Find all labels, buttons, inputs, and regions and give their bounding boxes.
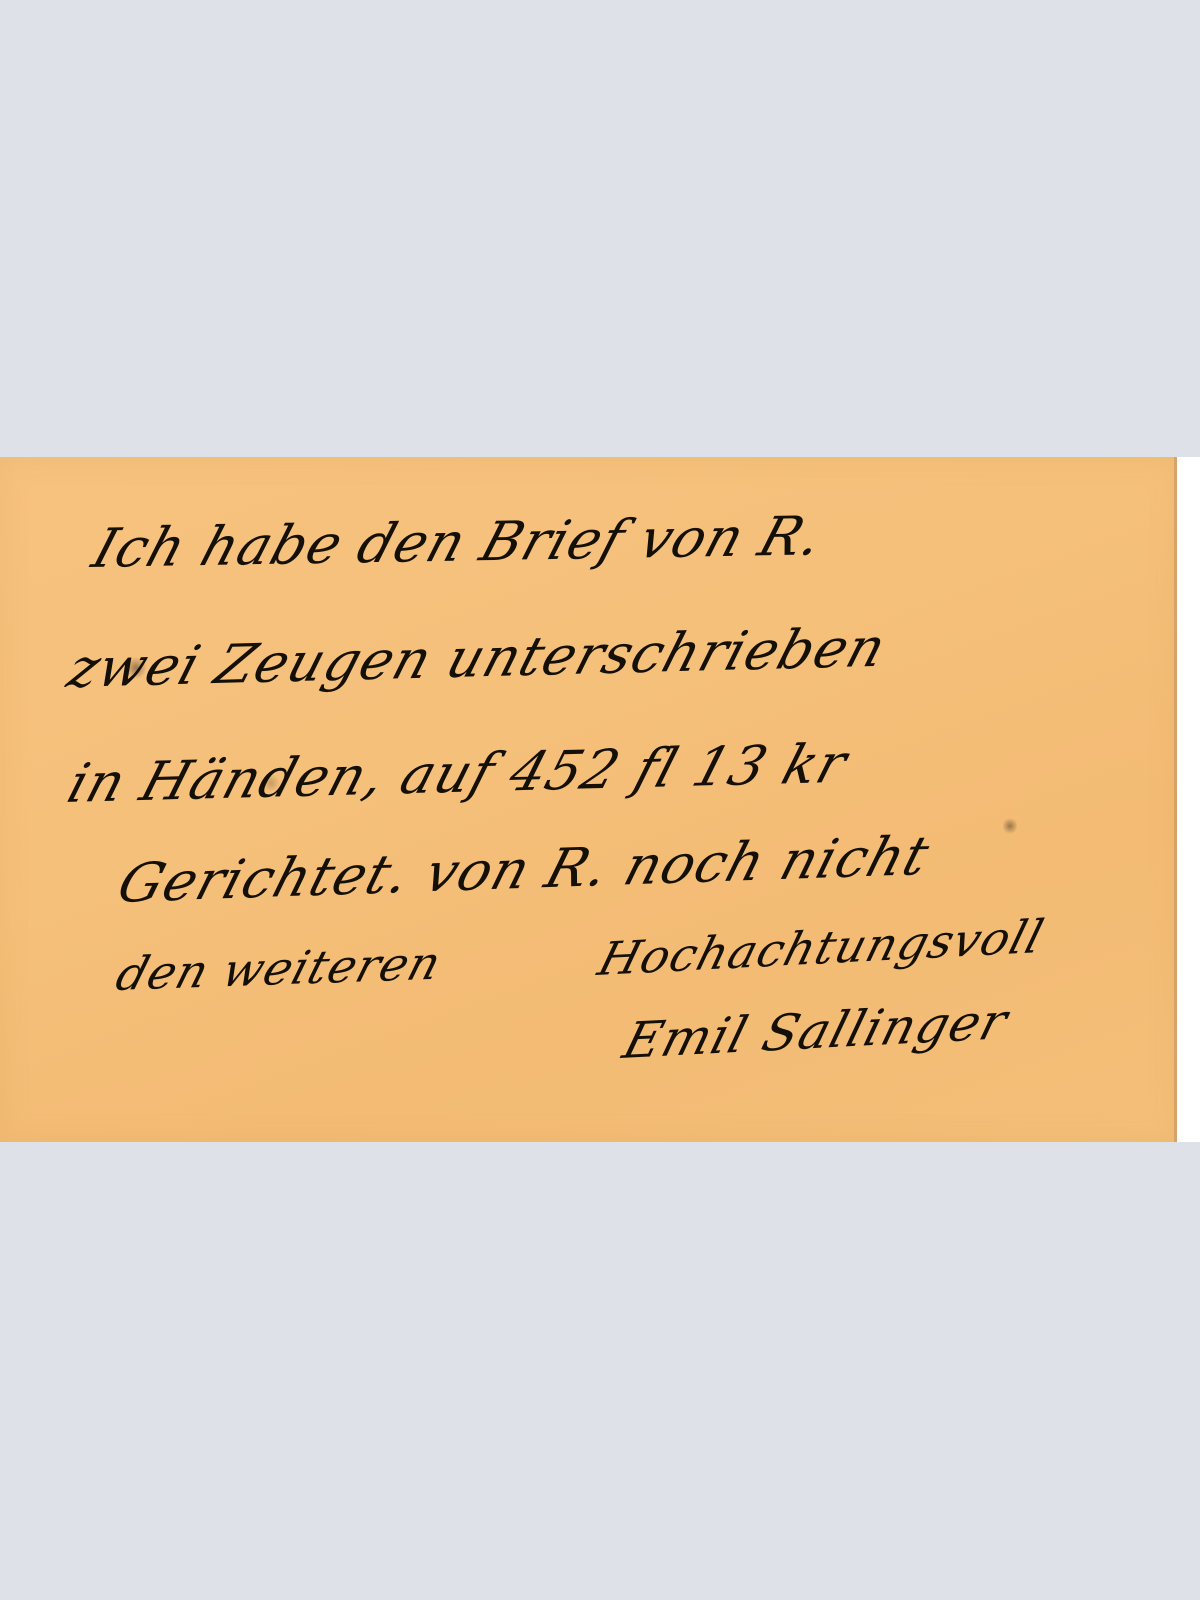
handwritten-line-4: Gerichtet. von R. noch nicht	[111, 824, 937, 915]
scanned-postcard-frame: Ich habe den Brief von R. zwei Zeugen un…	[0, 457, 1200, 1142]
handwritten-line-1: Ich habe den Brief von R.	[85, 504, 831, 580]
handwritten-line-3: in Händen, auf 452 fl 13 kr	[61, 732, 855, 815]
ink-smudge	[1003, 817, 1017, 835]
handwritten-line-2: zwei Zeugen unterschrieben	[61, 616, 894, 700]
handwritten-line-5: den weiteren	[110, 936, 448, 1001]
signature: Emil Sallinger	[617, 992, 1014, 1070]
postcard: Ich habe den Brief von R. zwei Zeugen un…	[0, 457, 1177, 1142]
closing-salutation: Hochachtungsvoll	[593, 909, 1050, 986]
